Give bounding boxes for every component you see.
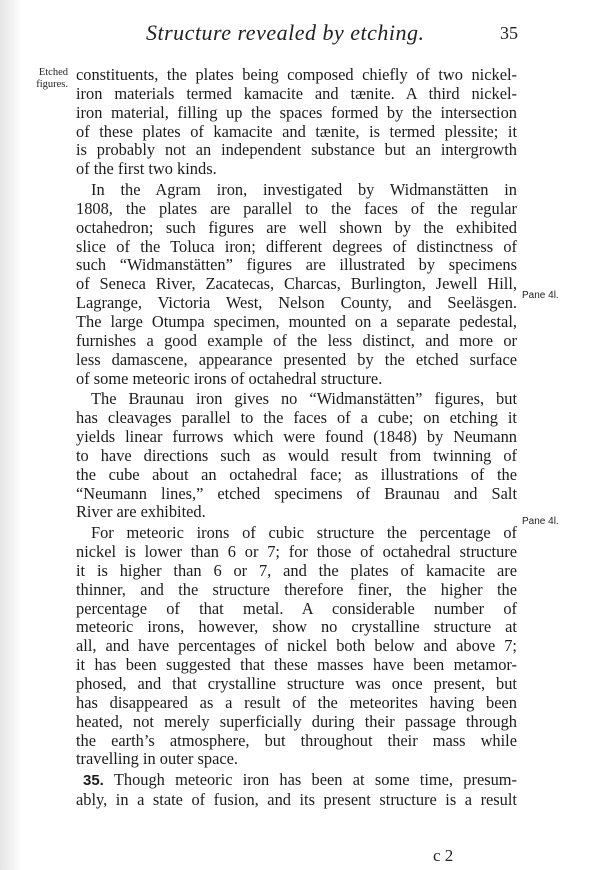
sidenote-line: Etched	[18, 67, 68, 79]
text-line: heated, not merely superficially during …	[76, 713, 517, 732]
text-line: has disappeared as a result of the meteo…	[76, 694, 517, 713]
page-number: 35	[500, 23, 518, 44]
paragraph-2: In the Agram iron, investigated by Widma…	[76, 181, 517, 388]
text-line: such “Widmanstätten” figures are illustr…	[76, 256, 517, 275]
text-line: slice of the Toluca iron; different degr…	[76, 238, 517, 257]
section-number: 35.	[83, 772, 104, 789]
text-line: The Braunau iron gives no “Widmanstätten…	[76, 390, 517, 409]
text-line: phosed, and that crystalline structure w…	[76, 675, 517, 694]
text-line: River are exhibited.	[76, 503, 517, 522]
sidenote-pane-ref-2: Pane 4l.	[522, 516, 559, 527]
text-line: it has been suggested that these masses …	[76, 656, 517, 675]
text-line: Lagrange, Victoria West, Nelson County, …	[76, 294, 517, 313]
text-line: 35. Though meteoric iron has been at som…	[76, 771, 517, 791]
text-fragment: Though meteoric iron has been at some ti…	[114, 770, 517, 789]
text-line: travelling in outer space.	[76, 750, 517, 769]
text-line: “Neumann lines,” etched specimens of Bra…	[76, 485, 517, 504]
text-line: all, and have percentages of nickel both…	[76, 637, 517, 656]
sidenote-etched-figures: Etched figures.	[18, 67, 68, 91]
text-line: it is higher than 6 or 7, and the plates…	[76, 562, 517, 581]
text-line: to have directions such as would result …	[76, 447, 517, 466]
running-title: Structure revealed by etching.	[146, 20, 425, 46]
paragraph-4: For meteoric irons of cubic structure th…	[76, 524, 517, 769]
paragraph-5: 35. Though meteoric iron has been at som…	[76, 771, 517, 810]
text-line: yields linear furrows which were found (…	[76, 428, 517, 447]
text-line: 1808, the plates are parallel to the fac…	[76, 200, 517, 219]
text-line: For meteoric irons of cubic structure th…	[76, 524, 517, 543]
text-line: meteoric irons, however, show no crystal…	[76, 618, 517, 637]
text-line: of these plates of kamacite and tænite, …	[76, 123, 517, 142]
text-line: less damascene, appearance presented by …	[76, 351, 517, 370]
paragraph-1: constituents, the plates being composed …	[76, 66, 517, 179]
paragraph-3: The Braunau iron gives no “Widmanstätten…	[76, 390, 517, 522]
text-line: constituents, the plates being composed …	[76, 66, 517, 85]
text-line: has cleavages parallel to the faces of a…	[76, 409, 517, 428]
text-line: iron materials termed kamacite and tænit…	[76, 85, 517, 104]
text-line: ably, in a state of fusion, and its pres…	[76, 791, 517, 810]
text-line: furnishes a good example of the less dis…	[76, 332, 517, 351]
text-line: of the first two kinds.	[76, 160, 517, 179]
text-line: octahedron; such figures are well shown …	[76, 219, 517, 238]
text-line: is probably not an independent substance…	[76, 141, 517, 160]
signature-mark: c 2	[433, 846, 453, 866]
page-header: Structure revealed by etching. 35	[0, 20, 590, 50]
text-line: In the Agram iron, investigated by Widma…	[76, 181, 517, 200]
text-line: The large Otumpa specimen, mounted on a …	[76, 313, 517, 332]
page-edge-shadow	[0, 0, 22, 870]
text-line: percentage of that metal. A considerable…	[76, 600, 517, 619]
text-line: thinner, and the structure therefore fin…	[76, 581, 517, 600]
text-line: the cube about an octahedral face; as il…	[76, 466, 517, 485]
sidenote-line: figures.	[18, 79, 68, 91]
text-line: iron material, filling up the spaces for…	[76, 104, 517, 123]
sidenote-pane-ref-1: Pane 4l.	[522, 290, 559, 301]
text-line: of some meteoric irons of octahedral str…	[76, 370, 517, 389]
text-line: of Seneca River, Zacatecas, Charcas, Bur…	[76, 275, 517, 294]
text-line: the earth’s atmosphere, but throughout t…	[76, 732, 517, 751]
text-line: nickel is lower than 6 or 7; for those o…	[76, 543, 517, 562]
body-text: constituents, the plates being composed …	[76, 66, 517, 810]
